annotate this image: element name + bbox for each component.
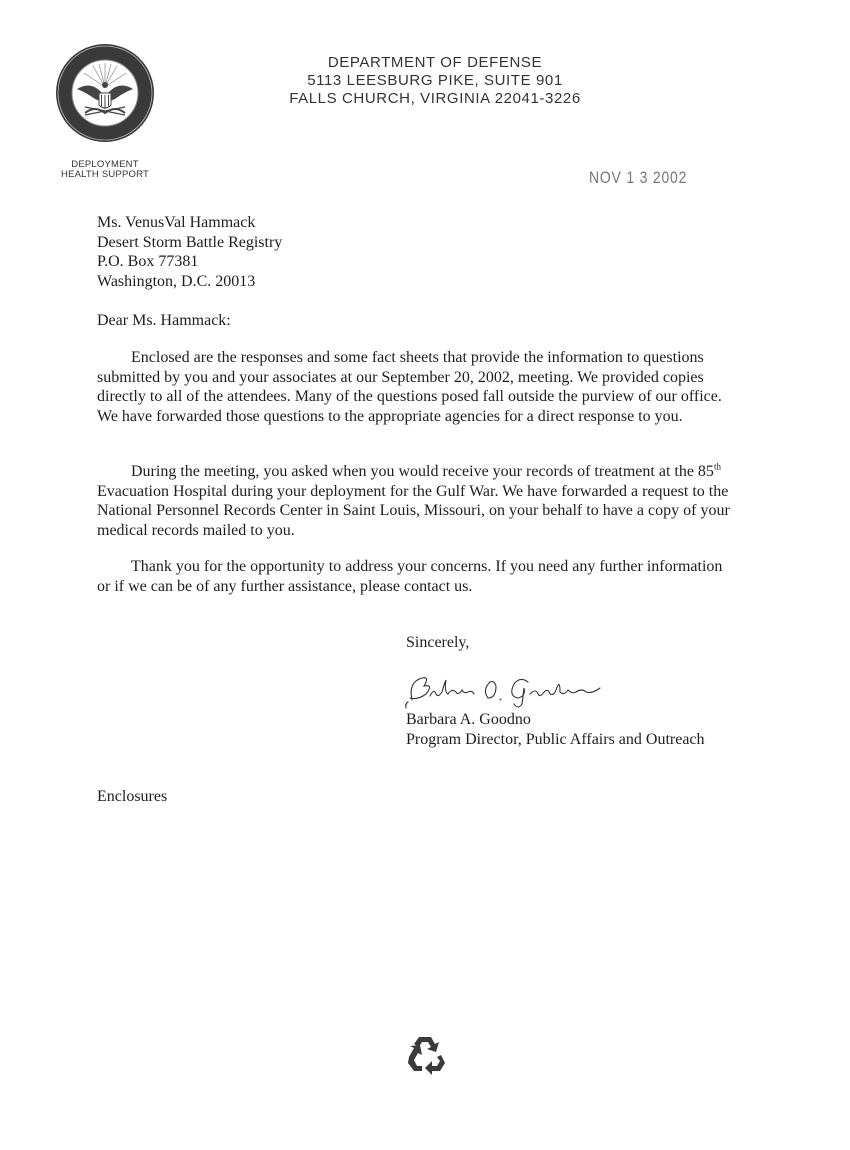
signer-name: Barbara A. Goodno [406, 710, 705, 730]
letterhead-city: FALLS CHURCH, VIRGINIA 22041-3226 [230, 90, 640, 108]
dod-seal-icon [55, 43, 155, 143]
signature-icon [404, 668, 624, 710]
paragraph-1: Enclosed are the responses and some fact… [97, 348, 737, 426]
salutation: Dear Ms. Hammack: [97, 311, 231, 331]
closing: Sincerely, [406, 633, 469, 653]
recipient-organization: Desert Storm Battle Registry [97, 233, 282, 253]
recipient-city: Washington, D.C. 20013 [97, 272, 282, 292]
date-stamp: NOV 1 3 2002 [589, 168, 687, 188]
recipient-name: Ms. VenusVal Hammack [97, 213, 282, 233]
recycle-icon [405, 1033, 447, 1075]
paragraph-2: During the meeting, you asked when you w… [97, 462, 737, 540]
office-line: HEALTH SUPPORT [40, 170, 170, 180]
enclosures-note: Enclosures [97, 787, 167, 807]
signer-title: Program Director, Public Affairs and Out… [406, 730, 705, 750]
paragraph-3: Thank you for the opportunity to address… [97, 557, 737, 596]
recipient-address: Ms. VenusVal Hammack Desert Storm Battle… [97, 213, 282, 291]
letterhead: DEPARTMENT OF DEFENSE 5113 LEESBURG PIKE… [230, 54, 640, 108]
office-name: DEPLOYMENT HEALTH SUPPORT [40, 160, 170, 180]
letterhead-agency: DEPARTMENT OF DEFENSE [230, 54, 640, 72]
letterhead-street: 5113 LEESBURG PIKE, SUITE 901 [230, 72, 640, 90]
paragraph-2-text: During the meeting, you asked when you w… [131, 463, 714, 480]
paragraph-2-text-cont: Evacuation Hospital during your deployme… [97, 483, 730, 539]
signer-block: Barbara A. Goodno Program Director, Publ… [406, 710, 705, 749]
recipient-po-box: P.O. Box 77381 [97, 252, 282, 272]
ordinal-suffix: th [714, 462, 721, 472]
